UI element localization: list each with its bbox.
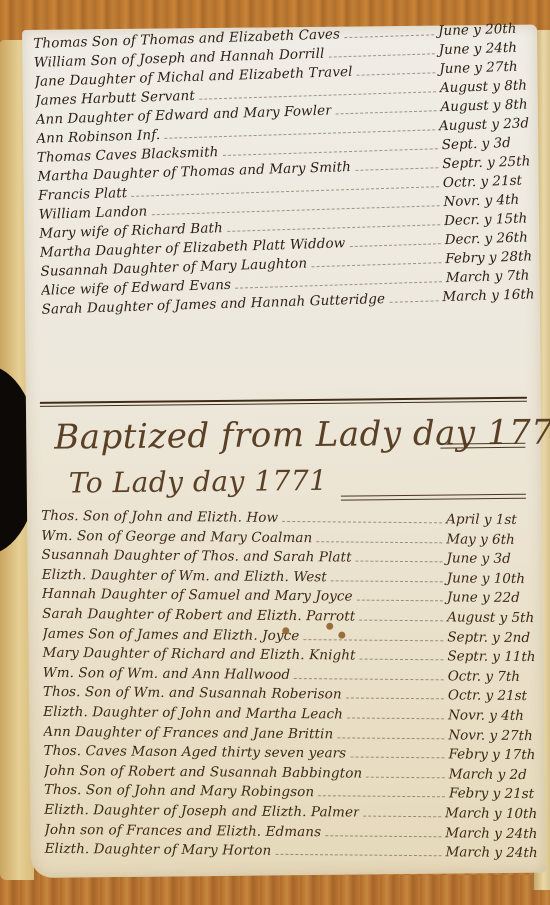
entry-date: Febry y 17th bbox=[448, 746, 536, 763]
entry-date: Sept. y 3d bbox=[441, 134, 529, 153]
entry-dash bbox=[355, 167, 438, 171]
entry-date: Octr. y 21st bbox=[448, 688, 536, 705]
entry-dash bbox=[346, 698, 444, 700]
entry-date: March y 7th bbox=[446, 267, 534, 286]
entry-name: Elizth. Daughter of Joseph and Elizth. P… bbox=[44, 802, 360, 821]
entry-dash bbox=[349, 243, 440, 247]
ink-stain bbox=[282, 627, 289, 634]
entry-dash bbox=[389, 300, 438, 303]
entry-name: Sarah Daughter of Robert and Elizth. Par… bbox=[42, 606, 355, 625]
entry-name: James Son of James and Elizth. Joyce bbox=[42, 625, 299, 643]
entry-date: August y 8th bbox=[440, 96, 528, 115]
entry-date: Decr. y 15th bbox=[444, 210, 532, 229]
entry-date: March y 2d bbox=[449, 766, 537, 783]
entry-name: Elizth. Daughter of John and Martha Leac… bbox=[43, 704, 343, 723]
burials-list: Thomas Son of Thomas and Elizabeth Caves… bbox=[33, 20, 535, 320]
entry-date: Febry y 28th bbox=[445, 248, 533, 267]
entry-date: Septr. y 2nd bbox=[447, 629, 535, 646]
entry-name: Hannah Daughter of Samuel and Mary Joyce bbox=[42, 586, 353, 605]
entry-date: August y 23d bbox=[439, 115, 530, 134]
entry-date: Decr. y 26th bbox=[444, 229, 532, 248]
entry-dash bbox=[275, 854, 441, 856]
entry-date: March y 24th bbox=[445, 844, 537, 861]
entry-name: Wm. Son of George and Mary Coalman bbox=[41, 527, 312, 545]
entry-name: Elizth. Daughter of Wm. and Elizth. West bbox=[42, 567, 327, 585]
entry-date: June y 3d bbox=[446, 551, 534, 568]
heading-underline-2b bbox=[341, 498, 526, 501]
entry-dash bbox=[347, 717, 444, 719]
entry-date: Novr. y 4th bbox=[448, 707, 536, 724]
entry-dash bbox=[223, 148, 438, 156]
entry-date: August y 8th bbox=[440, 77, 528, 96]
entry-name: Susannah Daughter of Thos. and Sarah Pla… bbox=[41, 547, 351, 566]
entry-date: Novr. y 4th bbox=[443, 191, 531, 210]
entry-dash bbox=[337, 737, 444, 739]
entry-name: John son of Frances and Elizth. Edmans bbox=[44, 821, 321, 839]
entry-name: John Son of Robert and Susannah Babbingt… bbox=[44, 763, 363, 782]
entry-date: Septr. y 25th bbox=[442, 153, 531, 172]
entry-date: April y 1st bbox=[446, 511, 534, 528]
entry-date: Novr. y 27th bbox=[448, 727, 536, 744]
entry-dash bbox=[199, 91, 436, 99]
entry-dash bbox=[164, 129, 435, 139]
entry-date: June y 22d bbox=[447, 590, 535, 607]
entry-date: May y 6th bbox=[446, 531, 534, 548]
entry-dash bbox=[359, 620, 443, 622]
entry-name: Ann Robinson Inf. bbox=[36, 127, 160, 147]
entry-name: Thos. Caves Mason Aged thirty seven year… bbox=[44, 743, 347, 762]
entry-dash bbox=[344, 34, 434, 38]
entry-date: June y 27th bbox=[439, 58, 527, 77]
register-entry: Elizth. Daughter of Mary HortonMarch y 2… bbox=[45, 841, 538, 865]
entry-date: March y 10th bbox=[445, 805, 537, 822]
entry-dash bbox=[227, 224, 440, 232]
entry-date: Septr. y 11th bbox=[447, 649, 535, 666]
entry-dash bbox=[356, 561, 443, 563]
entry-date: June y 10th bbox=[447, 570, 535, 587]
entry-dash bbox=[316, 541, 442, 543]
entry-name: Elizth. Daughter of Mary Horton bbox=[45, 841, 272, 859]
wooden-table-bottom bbox=[0, 875, 550, 905]
entry-dash bbox=[294, 678, 444, 680]
entry-dash bbox=[364, 816, 441, 818]
section-heading-line-1: Baptized from Lady day 1770 bbox=[54, 412, 550, 457]
entry-name: Thos. Son of John and Elizth. How bbox=[41, 508, 278, 526]
entry-date: June y 24th bbox=[438, 39, 526, 58]
entry-name: Thos. Son of John and Mary Robingson bbox=[44, 782, 314, 800]
section-heading-line-2: To Lady day 1771 bbox=[69, 464, 328, 500]
entry-dash bbox=[336, 110, 437, 114]
entry-name: Mary Daughter of Richard and Elizth. Kni… bbox=[42, 645, 355, 664]
entry-dash bbox=[329, 53, 435, 57]
baptisms-list: Thos. Son of John and Elizth. HowApril y… bbox=[41, 503, 538, 861]
entry-date: Febry y 21st bbox=[449, 786, 537, 803]
ink-stain bbox=[338, 632, 345, 639]
entry-date: June y 20th bbox=[438, 20, 526, 39]
register-page: Thomas Son of Thomas and Elizabeth Caves… bbox=[22, 25, 546, 878]
entry-name: William Landon bbox=[38, 203, 147, 222]
entry-dash bbox=[282, 521, 442, 523]
entry-dash bbox=[350, 757, 444, 759]
entry-dash bbox=[331, 580, 443, 582]
entry-date: Octr. y 21st bbox=[443, 172, 531, 191]
entry-name: Ann Daughter of Frances and Jane Brittin bbox=[43, 723, 333, 742]
entry-date: March y 24th bbox=[445, 825, 537, 842]
entry-dash bbox=[235, 281, 442, 289]
entry-dash bbox=[303, 639, 443, 641]
entry-name: Thos. Son of Wm. and Susannah Roberison bbox=[43, 684, 342, 703]
entry-dash bbox=[360, 659, 444, 661]
entry-name: Francis Platt bbox=[38, 185, 128, 204]
entry-dash bbox=[366, 776, 445, 778]
entry-dash bbox=[357, 72, 436, 75]
entry-dash bbox=[311, 262, 441, 267]
entry-date: August y 5th bbox=[447, 609, 535, 626]
entry-dash bbox=[357, 600, 443, 602]
entry-date: Octr. y 7th bbox=[448, 668, 536, 685]
entry-dash bbox=[318, 796, 445, 798]
entry-date: March y 16th bbox=[442, 286, 535, 305]
ink-stain bbox=[326, 623, 333, 630]
entry-name: Wm. Son of Wm. and Ann Hallwood bbox=[43, 665, 291, 683]
entry-dash bbox=[325, 835, 441, 837]
heading-underline-2 bbox=[341, 494, 526, 497]
page-content: Thomas Son of Thomas and Elizabeth Caves… bbox=[36, 25, 538, 878]
